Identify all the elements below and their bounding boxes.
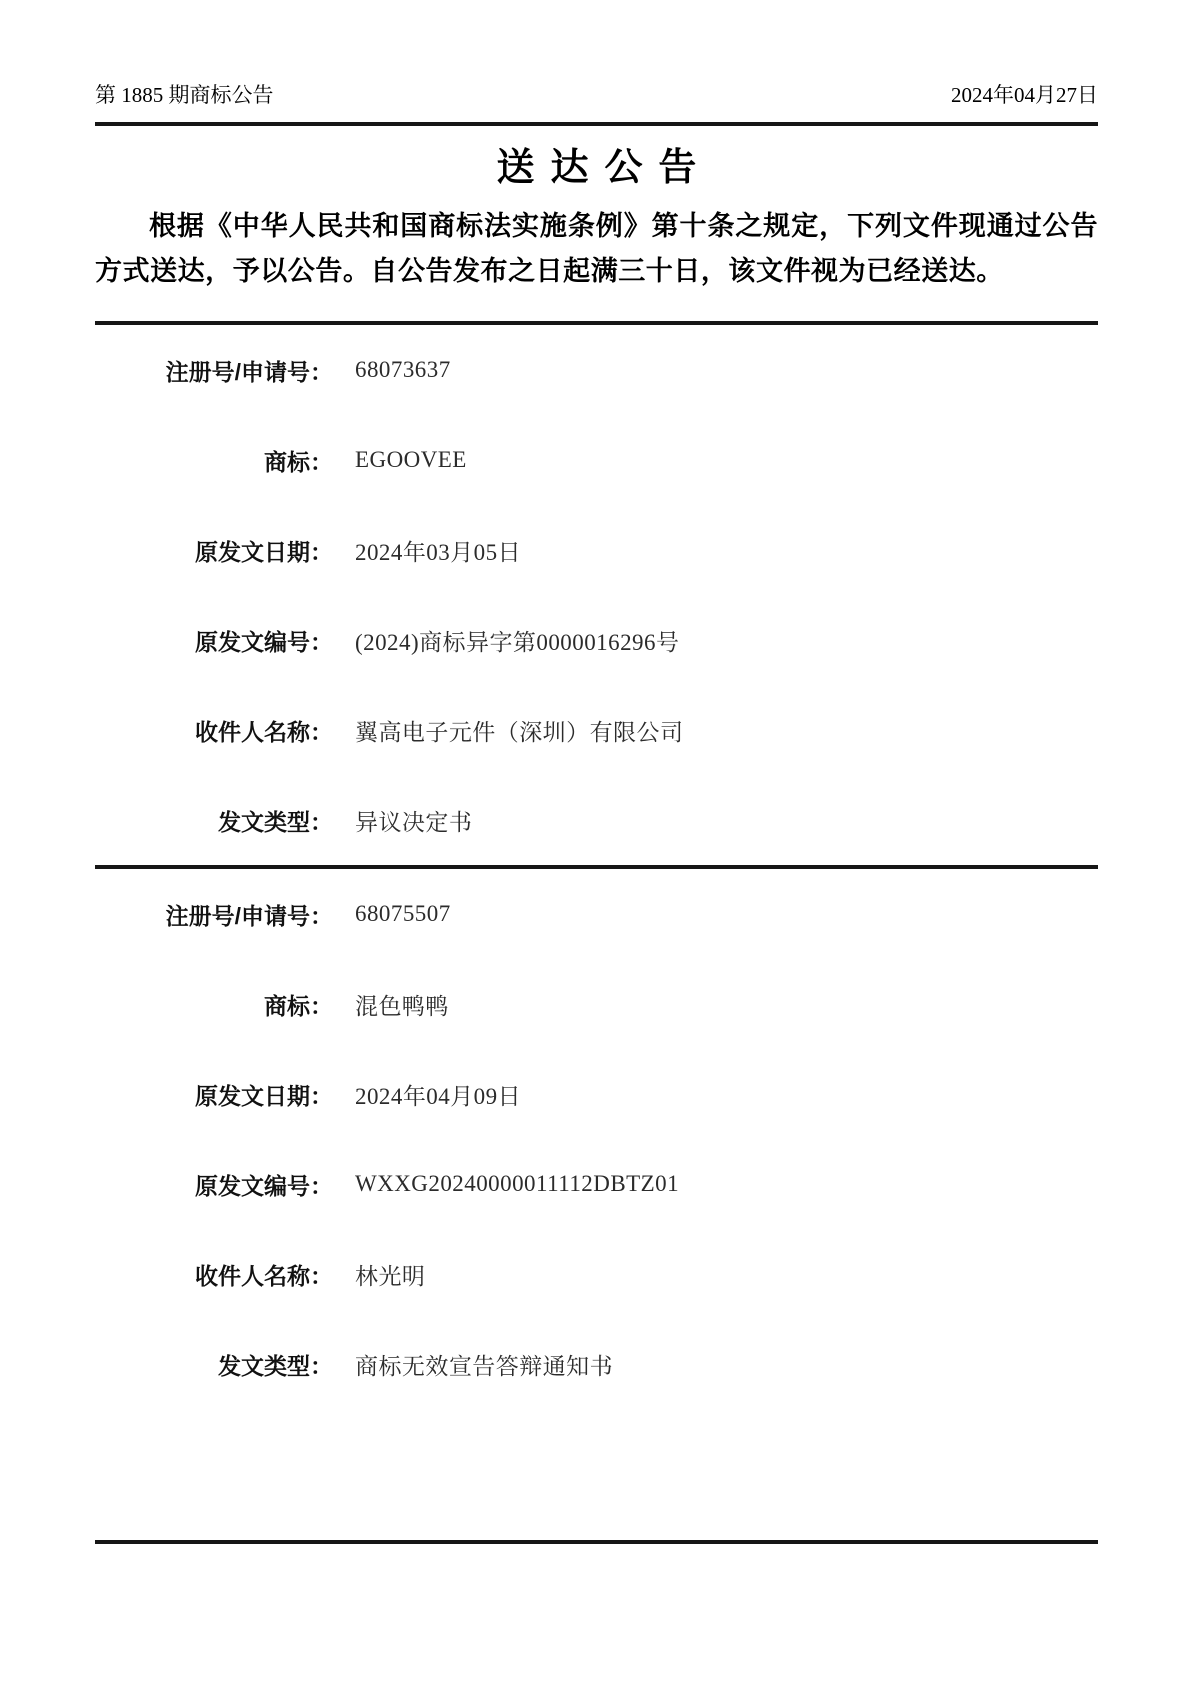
field-label-reg-no: 注册号/申请号：	[95, 354, 333, 387]
field-value-doc-no: WXXG20240000011112DBTZ01	[355, 1171, 679, 1197]
field-label-trademark: 商标：	[95, 444, 333, 477]
field-value-recipient: 林光明	[355, 1258, 425, 1291]
page-header: 第 1885 期商标公告 2024年04月27日	[95, 0, 1098, 108]
page-title: 送达公告	[95, 144, 1098, 192]
field-value-issue-date: 2024年04月09日	[355, 1078, 521, 1111]
field-row-recipient: 收件人名称： 林光明	[95, 1229, 1098, 1319]
field-value-trademark: 混色鸭鸭	[355, 988, 449, 1021]
field-value-trademark: EGOOVEE	[355, 447, 467, 473]
field-row-recipient: 收件人名称： 翼高电子元件（深圳）有限公司	[95, 685, 1098, 775]
field-row-reg-no: 注册号/申请号： 68073637	[95, 325, 1098, 415]
field-label-doc-type: 发文类型：	[95, 804, 333, 837]
bottom-spacer	[95, 1409, 1098, 1540]
field-label-issue-date: 原发文日期：	[95, 534, 333, 567]
field-row-doc-type: 发文类型： 异议决定书	[95, 775, 1098, 865]
field-label-doc-type: 发文类型：	[95, 1348, 333, 1381]
field-row-trademark: 商标： 混色鸭鸭	[95, 959, 1098, 1049]
record-1: 注册号/申请号： 68073637 商标： EGOOVEE 原发文日期： 202…	[95, 325, 1098, 865]
field-label-recipient: 收件人名称：	[95, 714, 333, 747]
field-label-trademark: 商标：	[95, 988, 333, 1021]
field-row-doc-no: 原发文编号： WXXG20240000011112DBTZ01	[95, 1139, 1098, 1229]
intro-paragraph: 根据《中华人民共和国商标法实施条例》第十条之规定，下列文件现通过公告方式送达，予…	[95, 204, 1098, 294]
bottom-rule	[95, 1540, 1098, 1544]
field-value-issue-date: 2024年03月05日	[355, 534, 521, 567]
field-value-doc-type: 异议决定书	[355, 804, 472, 837]
header-rule	[95, 122, 1098, 126]
field-row-trademark: 商标： EGOOVEE	[95, 415, 1098, 505]
field-value-doc-no: (2024)商标异字第0000016296号	[355, 624, 679, 657]
field-value-reg-no: 68073637	[355, 357, 451, 383]
field-value-doc-type: 商标无效宣告答辩通知书	[355, 1348, 613, 1381]
field-label-reg-no: 注册号/申请号：	[95, 898, 333, 931]
field-label-doc-no: 原发文编号：	[95, 1168, 333, 1201]
field-value-recipient: 翼高电子元件（深圳）有限公司	[355, 714, 683, 747]
field-label-recipient: 收件人名称：	[95, 1258, 333, 1291]
field-row-doc-no: 原发文编号： (2024)商标异字第0000016296号	[95, 595, 1098, 685]
field-row-doc-type: 发文类型： 商标无效宣告答辩通知书	[95, 1319, 1098, 1409]
gazette-page: 第 1885 期商标公告 2024年04月27日 送达公告 根据《中华人民共和国…	[0, 0, 1190, 1684]
field-value-reg-no: 68075507	[355, 901, 451, 927]
field-row-issue-date: 原发文日期： 2024年04月09日	[95, 1049, 1098, 1139]
field-label-issue-date: 原发文日期：	[95, 1078, 333, 1111]
field-label-doc-no: 原发文编号：	[95, 624, 333, 657]
page-content: 第 1885 期商标公告 2024年04月27日 送达公告 根据《中华人民共和国…	[0, 0, 1190, 1544]
gazette-issue-number: 第 1885 期商标公告	[95, 82, 274, 108]
field-row-reg-no: 注册号/申请号： 68075507	[95, 869, 1098, 959]
record-2: 注册号/申请号： 68075507 商标： 混色鸭鸭 原发文日期： 2024年0…	[95, 869, 1098, 1409]
gazette-date: 2024年04月27日	[951, 82, 1098, 108]
field-row-issue-date: 原发文日期： 2024年03月05日	[95, 505, 1098, 595]
